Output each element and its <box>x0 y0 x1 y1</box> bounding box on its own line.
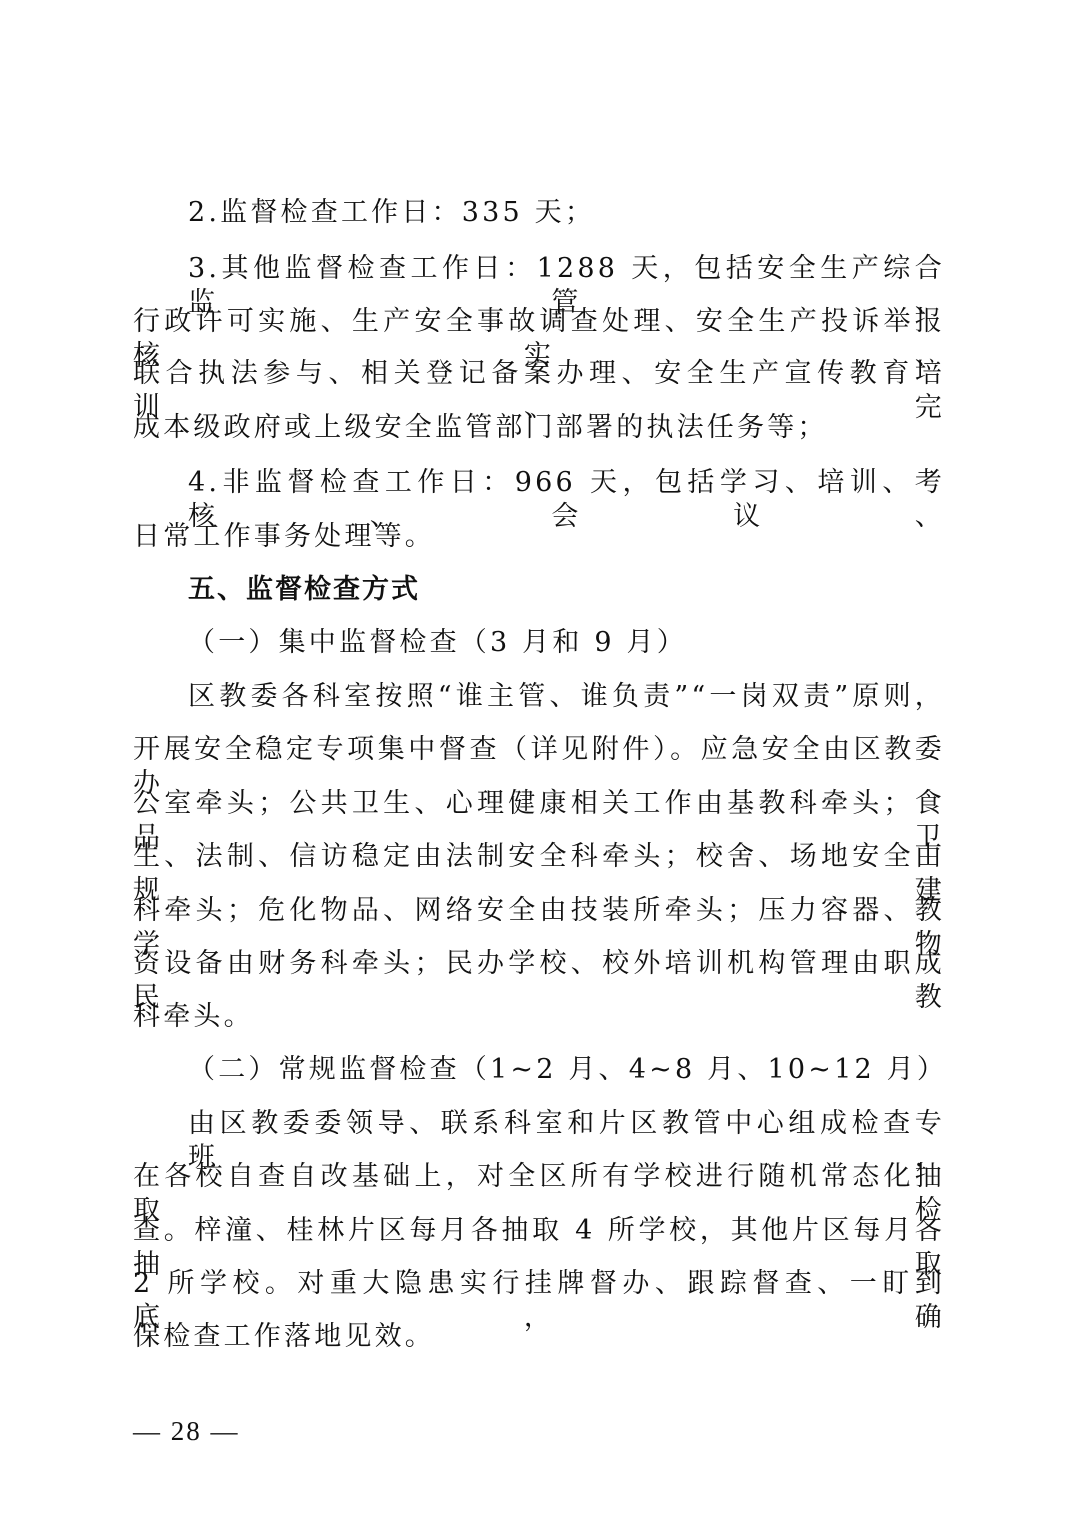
subsection-heading: （二）常规监督检查（1~2 月、4~8 月、10~12 月） <box>188 1053 1000 1087</box>
subsection-1-line: 科牵头。 <box>133 1000 945 1034</box>
paragraph-4-line: 日常工作事务处理等。 <box>133 520 945 554</box>
paragraph-2-line: 2.监督检查工作日：335 天； <box>188 196 945 230</box>
paragraph-3-line: 成本级政府或上级安全监管部门部署的执法任务等； <box>133 411 945 445</box>
subsection-2-line: 保检查工作落地见效。 <box>133 1320 945 1354</box>
subsection-heading: （一）集中监督检查（3 月和 9 月） <box>188 626 1000 660</box>
subsection-1-line: 区教委各科室按照“谁主管、谁负责”“一岗双责”原则， <box>188 680 945 714</box>
document-page: 2.监督检查工作日：335 天； 3.其他监督检查工作日：1288 天，包括安全… <box>0 0 1074 1520</box>
section-heading: 五、监督检查方式 <box>188 573 945 607</box>
page-number: — 28 — <box>133 1416 240 1447</box>
